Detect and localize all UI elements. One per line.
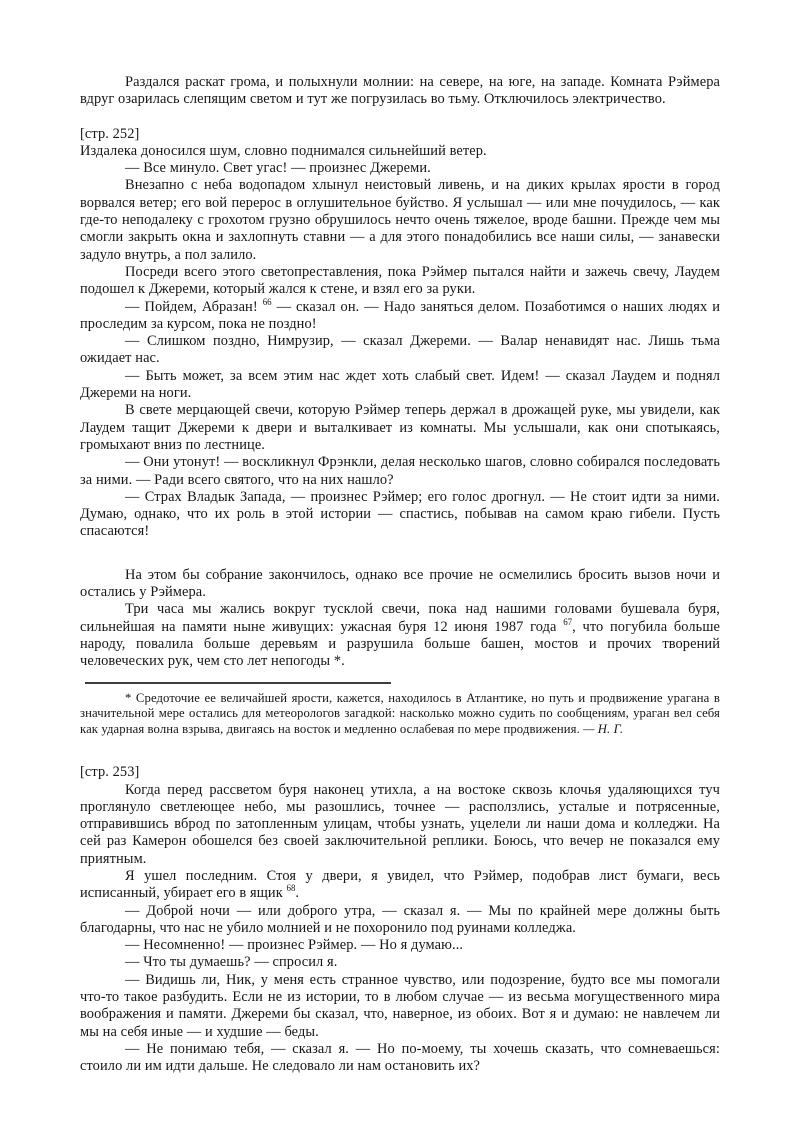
text-run: — Страх Владык Запада, — произнес Рэймер… (80, 489, 720, 540)
paragraph: — Слишком поздно, Нимрузир, — сказал Дже… (80, 333, 720, 368)
paragraph-gap (80, 109, 720, 126)
text-run: — Доброй ночи — или доброго утра, — сказ… (80, 903, 720, 936)
paragraph: Когда перед рассветом буря наконец утихл… (80, 782, 720, 868)
paragraph: Три часа мы жались вокруг тусклой свечи,… (80, 601, 720, 670)
text-run: — Что ты думаешь? — спросил я. (125, 954, 337, 970)
text-run: Я ушел последним. Стоя у двери, я увидел… (80, 868, 720, 901)
text-run: — Видишь ли, Ник, у меня есть странное ч… (80, 972, 720, 1040)
text-run: — Слишком поздно, Нимрузир, — сказал Дже… (80, 333, 720, 366)
text-run: — Все минуло. Свет угас! — произнес Джер… (125, 160, 431, 176)
paragraph: — Страх Владык Запада, — произнес Рэймер… (80, 489, 720, 541)
paragraph: Посреди всего этого светопреставления, п… (80, 264, 720, 299)
paragraph: Внезапно с неба водопадом хлынул неистов… (80, 177, 720, 263)
text-run: Посреди всего этого светопреставления, п… (80, 264, 720, 297)
paragraph: — Несомненно! — произнес Рэймер. — Но я … (80, 937, 720, 954)
paragraph-gap (80, 541, 720, 567)
text-run: . (295, 885, 299, 901)
text-run: На этом бы собрание закончилось, однако … (80, 567, 720, 600)
paragraph: Я ушел последним. Стоя у двери, я увидел… (80, 868, 720, 903)
text-run: * Средоточие ее величайшей ярости, кажет… (80, 691, 720, 737)
text-run: — Быть может, за всем этим нас ждет хоть… (80, 368, 720, 401)
footnote-reference: 67 (563, 617, 572, 627)
paragraph: — Что ты думаешь? — спросил я. (80, 954, 720, 971)
footnote-divider (85, 682, 391, 684)
text-run: — Они утонут! — воскликнул Фрэнкли, дела… (80, 454, 720, 487)
paragraph: — Видишь ли, Ник, у меня есть странное ч… (80, 972, 720, 1041)
paragraph: — Все минуло. Свет угас! — произнес Джер… (80, 160, 720, 177)
paragraph: — Пойдем, Абразан! 66 — сказал он. — Над… (80, 299, 720, 334)
paragraph: Издалека доносился шум, словно поднималс… (80, 143, 720, 160)
paragraph: Раздался раскат грома, и полыхнули молни… (80, 74, 720, 109)
text-run: Раздался раскат грома, и полыхнули молни… (80, 74, 720, 107)
text-run: — Пойдем, Абразан! (125, 299, 263, 315)
text-run: В свете мерцающей свечи, которую Рэймер … (80, 402, 720, 453)
footnote: * Средоточие ее величайшей ярости, кажет… (80, 691, 720, 739)
paragraph: В свете мерцающей свечи, которую Рэймер … (80, 402, 720, 454)
paragraph: На этом бы собрание закончилось, однако … (80, 567, 720, 602)
paragraph: — Доброй ночи — или доброго утра, — сказ… (80, 903, 720, 938)
paragraph: — Не понимаю тебя, — сказал я. — Но по-м… (80, 1041, 720, 1076)
page-marker-253: [стр. 253] (80, 764, 720, 781)
paragraph: — Они утонут! — воскликнул Фрэнкли, дела… (80, 454, 720, 489)
translator-initials: — Н. Г. (583, 722, 623, 736)
document-page: Раздался раскат грома, и полыхнули молни… (0, 0, 800, 1131)
text-run: — Несомненно! — произнес Рэймер. — Но я … (125, 937, 463, 953)
text-run: [стр. 252] (80, 126, 139, 142)
page-text: Раздался раскат грома, и полыхнули молни… (80, 74, 720, 1076)
footnote-reference: 66 (263, 297, 272, 307)
text-run: Внезапно с неба водопадом хлынул неистов… (80, 177, 720, 262)
page-marker-252: [стр. 252] (80, 126, 720, 143)
text-run: [стр. 253] (80, 764, 139, 780)
text-run: Издалека доносился шум, словно поднималс… (80, 143, 487, 159)
text-run: — Не понимаю тебя, — сказал я. — Но по-м… (80, 1041, 720, 1074)
text-run: Когда перед рассветом буря наконец утихл… (80, 782, 720, 867)
paragraph-gap (80, 738, 720, 764)
paragraph: — Быть может, за всем этим нас ждет хоть… (80, 368, 720, 403)
